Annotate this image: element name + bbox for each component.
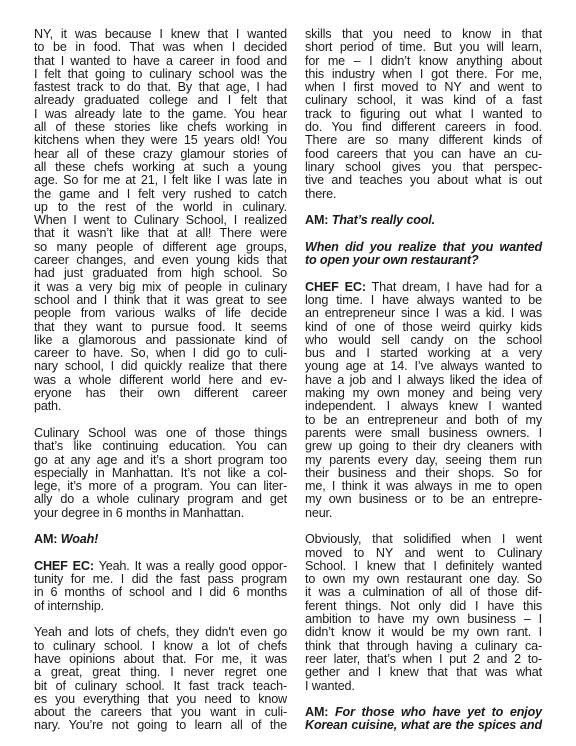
text-line: already graduated college and I felt tha… [34, 94, 287, 107]
text-line: about the careers that you want in culi- [34, 706, 287, 719]
paragraph-interviewer: AM: That’s really cool. [305, 214, 542, 227]
speaker-label: AM: [305, 213, 328, 227]
text-line: bit of culinary school. It fast track te… [34, 680, 287, 693]
paragraph-interviewer-question: AM: For those who have yet to enjoy Kore… [305, 706, 542, 733]
text-line: to culinary school. I know a lot of chef… [34, 640, 287, 653]
text-line: School. I knew that I definitely wanted [305, 560, 542, 573]
text-line: NY, it was because I knew that I wanted [34, 28, 287, 41]
text-line: it was a culmination of all of those dif… [305, 586, 542, 599]
text-line: me, I think it was always in me to open [305, 480, 542, 493]
speaker-label: CHEF EC: [34, 559, 94, 573]
text-line: for me – I didn’t know anything about [305, 55, 542, 68]
text-line: track to figuring out what I wanted to [305, 108, 542, 121]
text-line: parents were small business owners. I [305, 427, 542, 440]
paragraph-answer: CHEF EC: Yeah. It was a really good oppo… [34, 560, 287, 613]
text-line: AM: That’s really cool. [305, 214, 542, 227]
text-line: go at any age and it’s a short program t… [34, 454, 287, 467]
paragraph-answer: CHEF EC: That dream, I have had for a lo… [305, 281, 542, 520]
text-line: eryone has their own different career [34, 387, 287, 400]
text-line: this industry when I got there. For me, [305, 68, 542, 81]
text-line: that it wasn’t like that at all! There w… [34, 227, 287, 240]
text-line: nary school, I did quickly realize that … [34, 360, 287, 373]
text-line: making my own money and being very [305, 387, 542, 400]
text-line: gether and I knew that that was what [305, 666, 542, 679]
text-line: so many people of different age groups, [34, 241, 287, 254]
text-line: do. You find different careers in food. [305, 121, 542, 134]
text-line: Culinary School was one of those things [34, 427, 287, 440]
text-line: their business and their shops. So for [305, 467, 542, 480]
document-page: NY, it was because I knew that I wanted … [0, 0, 576, 746]
question-text: For those who have yet to enjoy [335, 705, 542, 719]
paragraph-answer-continuation: NY, it was because I knew that I wanted … [34, 28, 287, 414]
text-line: nary. You’re not going to learn all of t… [34, 719, 287, 732]
text-line: like a glamorous and passionate kind of [34, 334, 287, 347]
text-line: to be an entrepreneur and both of my [305, 414, 542, 427]
speaker-label: AM: [34, 532, 57, 546]
text-line: ambition to have my own business – I [305, 613, 542, 626]
text-line: your degree in 6 months in Manhattan. [34, 507, 287, 520]
question-line: Korean cuisine, what are the spices and [305, 719, 542, 732]
text-line: my parents every day, seeing them run [305, 454, 542, 467]
paragraph-answer-continuation: Yeah and lots of chefs, they didn't even… [34, 626, 287, 732]
text-line: es you everything that you need to know [34, 693, 287, 706]
text-line: I felt that going to culinary school was… [34, 68, 287, 81]
text-line: AM: Woah! [34, 533, 287, 546]
interviewer-remark: That’s really cool. [332, 213, 435, 227]
left-column: NY, it was because I knew that I wanted … [34, 28, 287, 746]
text-line: all of these stories like chefs working … [34, 121, 287, 134]
text-line: to own my own restaurant one day. So [305, 573, 542, 586]
text-line: especially in Manhattan. It’s not like a… [34, 467, 287, 480]
text-line: of internship. [34, 600, 287, 613]
text-line: skills that you need to know in that [305, 28, 542, 41]
text-line: age. So for me at 21, I felt like I was … [34, 174, 287, 187]
text-line: CHEF EC: That dream, I have had for a [305, 281, 542, 294]
text-line: have a job and I always liked the idea o… [305, 374, 542, 387]
paragraph-answer-continuation: Obviously, that solidified when I went m… [305, 533, 542, 693]
text-line: an entrepreneur since I was a kid. I was [305, 307, 542, 320]
text-line: it was a very big mix of people in culin… [34, 281, 287, 294]
text-line: that’s like continuing education. You ca… [34, 440, 287, 453]
answer-text: Yeah. It was a really good oppor- [99, 559, 287, 573]
text-line: Obviously, that solidified when I went [305, 533, 542, 546]
text-line: school and I think that it was great to … [34, 294, 287, 307]
text-line: When I went to Culinary School, I realiz… [34, 214, 287, 227]
question-line: When did you realize that you wanted [305, 241, 542, 254]
text-line: that they want to pursue food. It seems [34, 321, 287, 334]
paragraph-question: When did you realize that you wanted to … [305, 241, 542, 268]
paragraph-answer-continuation: skills that you need to know in that sho… [305, 28, 542, 201]
text-line: young age at 14. I’ve always wanted to [305, 360, 542, 373]
text-line: moved to NY and went to Culinary [305, 547, 542, 560]
text-line: neur. [305, 507, 542, 520]
text-line: short period of time. But you will learn… [305, 41, 542, 54]
text-line: a great, great thing. I never regret one [34, 666, 287, 679]
text-line: linary school gives you that perspec- [305, 161, 542, 174]
text-line: fastest track to do that. By that age, I… [34, 81, 287, 94]
answer-text: That dream, I have had for a [372, 280, 542, 294]
text-line: culinary school, it was kind of a fast [305, 94, 542, 107]
question-line: to open your own restaurant? [305, 254, 542, 267]
text-line: in 6 months of school and I did 6 months [34, 586, 287, 599]
text-line: when I first moved to NY and went to [305, 81, 542, 94]
speaker-label: AM: [305, 705, 328, 719]
text-line: bus and I started working at a very [305, 347, 542, 360]
text-line: career changes, and even young kids that [34, 254, 287, 267]
text-line: all these chefs working at such a young [34, 161, 287, 174]
text-line: lege, it’s more of a program. You can li… [34, 480, 287, 493]
text-line: up to the rest of the world in culinary. [34, 201, 287, 214]
text-line: to be in food. That was when I decided [34, 41, 287, 54]
right-column: skills that you need to know in that sho… [305, 28, 542, 746]
text-line: ally do a whole culinary program and get [34, 493, 287, 506]
text-line: who would sell candy on the school [305, 334, 542, 347]
text-line: didn’t know it would be my own rant. I [305, 626, 542, 639]
interviewer-remark: Woah! [61, 532, 99, 546]
text-line: AM: For those who have yet to enjoy [305, 706, 542, 719]
text-line: CHEF EC: Yeah. It was a really good oppo… [34, 560, 287, 573]
text-line: independent. I always knew I wanted [305, 400, 542, 413]
text-line: tive and teaches you about what is out [305, 174, 542, 187]
text-line: think that through having a culinary ca- [305, 640, 542, 653]
text-line: tunity for me. I did the fast pass progr… [34, 573, 287, 586]
text-line: people from various walks of life decide [34, 307, 287, 320]
text-line: ferent things. Not only did I have this [305, 600, 542, 613]
text-line: kind of one of those weird quirky kids [305, 321, 542, 334]
text-line: there. [305, 188, 542, 201]
text-line: the game and I felt very rushed to catch [34, 188, 287, 201]
text-line: long time. I have always wanted to be [305, 294, 542, 307]
text-line: Yeah and lots of chefs, they didn't even… [34, 626, 287, 639]
text-line: food careers that you can have an cu- [305, 148, 542, 161]
text-line: was a whole different world here and ev- [34, 374, 287, 387]
text-line: path. [34, 400, 287, 413]
text-line: I wanted. [305, 680, 542, 693]
text-line: career to have. So, when I did go to cul… [34, 347, 287, 360]
text-line: There are so many different kinds of [305, 134, 542, 147]
text-line: kitchens when they were 15 years old! Yo… [34, 134, 287, 147]
paragraph-interviewer: AM: Woah! [34, 533, 287, 546]
speaker-label: CHEF EC: [305, 280, 366, 294]
text-line: I was already late to the game. You hear [34, 108, 287, 121]
text-line: had just graduated from high school. So [34, 267, 287, 280]
paragraph-answer-continuation: Culinary School was one of those things … [34, 427, 287, 520]
text-line: hear all of these crazy glamour stories … [34, 148, 287, 161]
text-line: have opinions about that. For me, it was [34, 653, 287, 666]
text-line: grew up going to their dry cleaners with [305, 440, 542, 453]
text-line: my own business or to be an entrepre- [305, 493, 542, 506]
text-line: reer later, that’s when I put 2 and 2 to… [305, 653, 542, 666]
text-line: that I wanted to have a career in food a… [34, 55, 287, 68]
